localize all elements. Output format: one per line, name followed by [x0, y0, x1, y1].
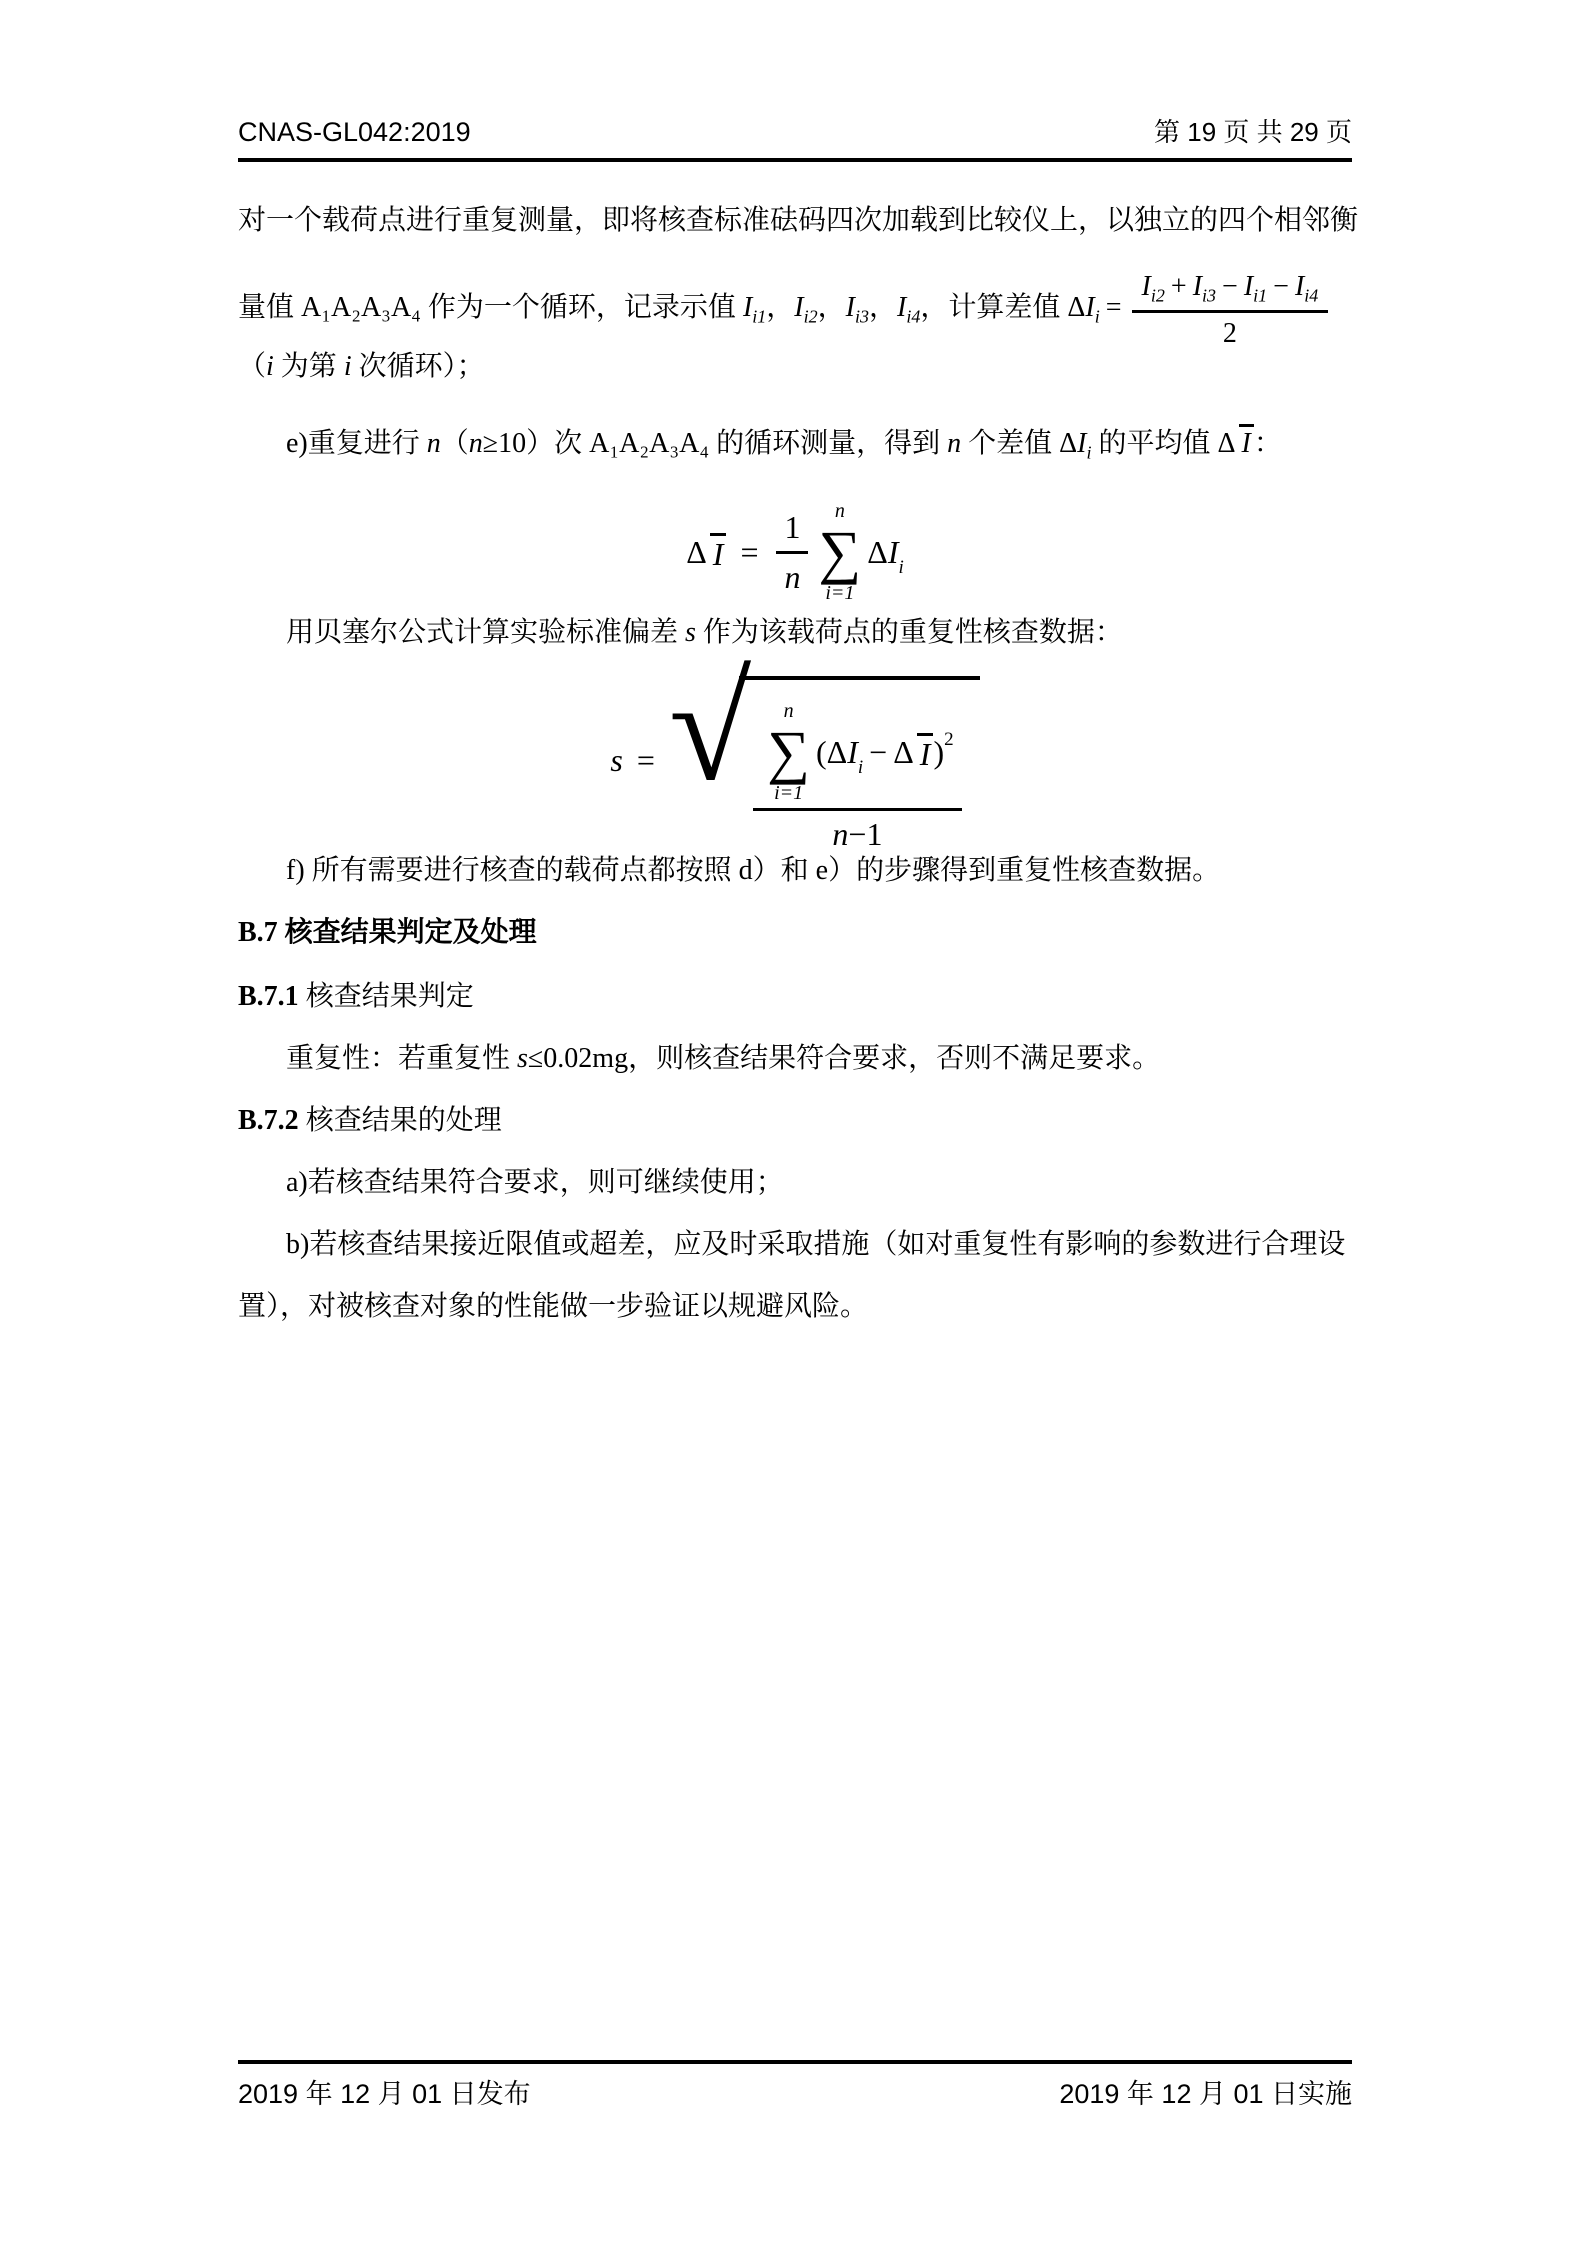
paragraph-intro-line2: 量值 A₁A₂A₃A₄ 作为一个循环，记录示值 Ii1，Ii2，Ii3，Ii4，…	[238, 256, 1332, 360]
math-var: I	[846, 292, 855, 323]
implement-date: 2019 年 12 月 01 日实施	[1059, 2072, 1352, 2111]
math-var: I	[1244, 271, 1253, 302]
math-var: n	[947, 428, 961, 459]
math-var: I	[743, 292, 752, 323]
heading-number: B.7.1	[238, 981, 299, 1012]
square-root: √ n ∑ i=1 (ΔIi−ΔI)2 n−1	[669, 666, 980, 853]
heading-text: 核查结果判定	[299, 981, 474, 1012]
formula-mean-deviation: ΔI = 1 n n ∑ i=1 ΔIi	[238, 486, 1352, 618]
radical-icon: √	[669, 662, 751, 797]
math-paren: )	[933, 733, 944, 771]
math-overbar: I	[1239, 424, 1254, 458]
formula-lhs: ΔI	[686, 533, 726, 572]
body-text: 对一个载荷点进行重复测量，即将核查标准砝码四次加载到比较仪上，以独立的四个相邻衡	[238, 205, 1358, 236]
formula-lhs: s	[610, 742, 622, 779]
heading-text: 核查结果的处理	[299, 1105, 502, 1136]
paragraph-repeatability: 重复性：若重复性 s≤0.02mg，则核查结果符合要求，否则不满足要求。	[286, 1040, 1160, 1078]
math-sup: 2	[944, 729, 954, 752]
math-var: i	[344, 351, 352, 382]
inline-fraction: Ii2+Ii3−Ii1−Ii42	[1132, 269, 1329, 351]
list-item-b-line1: b)若核查结果接近限值或超差，应及时采取措施（如对重复性有影响的参数进行合理设	[286, 1226, 1345, 1264]
math-op: +	[1171, 271, 1187, 302]
page-number-info: 第 19 页 共 29 页	[1154, 112, 1352, 149]
body-text: 置），对被核查对象的性能做一步验证以规避风险。	[238, 1291, 868, 1322]
math-sub: i3	[1202, 285, 1216, 305]
math-delta: Δ	[827, 733, 848, 771]
math-var: n	[469, 428, 483, 459]
sigma-icon: ∑	[818, 522, 861, 582]
math-sub: i1	[1253, 285, 1267, 305]
summation-symbol: n ∑ i=1	[767, 700, 810, 804]
body-text: （	[238, 351, 266, 382]
body-text: 次循环）；	[352, 351, 485, 382]
header-rule	[238, 158, 1352, 162]
math-sub: i2	[1151, 285, 1165, 305]
document-number: CNAS-GL042:2019	[238, 117, 471, 148]
math-var: n	[832, 815, 848, 853]
math-overbar: I	[917, 733, 934, 772]
math-delta: Δ	[867, 534, 888, 571]
math-sub: i	[1095, 307, 1100, 327]
math-var: I	[1193, 271, 1202, 302]
math-delta: Δ	[893, 733, 914, 771]
math-var: i	[266, 351, 274, 382]
math-delta: Δ	[1067, 292, 1085, 323]
summation-term: ΔIi	[867, 534, 904, 571]
math-overbar: I	[710, 533, 727, 572]
math-var: I	[713, 536, 724, 572]
body-text: ，	[869, 292, 897, 323]
heading-b71: B.7.1 核查结果判定	[238, 978, 474, 1016]
math-sub: i4	[1304, 285, 1318, 305]
math-var: n	[427, 428, 441, 459]
heading-number: B.7.2	[238, 1105, 299, 1136]
math-var: I	[1142, 271, 1151, 302]
body-text: ≤0.02mg，则核查结果符合要求，否则不满足要求。	[528, 1043, 1160, 1074]
body-text: a)若核查结果符合要求，则可继续使用；	[286, 1167, 784, 1198]
summation-lower-limit: i=1	[825, 582, 854, 604]
math-var: I	[1295, 271, 1304, 302]
heading-b7: B.7 核查结果判定及处理	[238, 914, 537, 952]
radicand: n ∑ i=1 (ΔIi−ΔI)2 n−1	[739, 676, 979, 853]
issue-date: 2019 年 12 月 01 日发布	[238, 2072, 531, 2111]
page-footer: 2019 年 12 月 01 日发布 2019 年 12 月 01 日实施	[238, 2072, 1352, 2111]
math-equals: =	[637, 742, 655, 779]
math-sub: i	[899, 557, 904, 579]
body-text: 个差值	[961, 428, 1059, 459]
math-var: I	[920, 736, 931, 772]
body-text: 用贝塞尔公式计算实验标准偏差	[286, 617, 685, 648]
fraction-numerator: 1	[776, 508, 808, 553]
fraction-numerator: Ii2+Ii3−Ii1−Ii4	[1132, 269, 1329, 313]
list-item-f: f) 所有需要进行核查的载荷点都按照 d）和 e）的步骤得到重复性核查数据。	[286, 852, 1220, 890]
paragraph-intro-line1: 对一个载荷点进行重复测量，即将核查标准砝码四次加载到比较仪上，以独立的四个相邻衡	[238, 202, 1358, 240]
math-var: I	[897, 292, 906, 323]
document-page: CNAS-GL042:2019 第 19 页 共 29 页 对一个载荷点进行重复…	[0, 0, 1587, 2245]
body-text: ，	[766, 292, 794, 323]
body-text: 为第	[274, 351, 344, 382]
heading-text: B.7 核查结果判定及处理	[238, 917, 537, 948]
heading-b72: B.7.2 核查结果的处理	[238, 1102, 502, 1140]
math-sub: i1	[752, 307, 766, 327]
footer-rule	[238, 2060, 1352, 2064]
summation-symbol: n ∑ i=1	[818, 500, 861, 604]
fraction-denominator: n−1	[832, 811, 882, 853]
math-sub: i2	[804, 307, 818, 327]
formula-standard-deviation: s = √ n ∑ i=1 (ΔIi−ΔI)2 n−1	[238, 664, 1352, 856]
math-var: s	[517, 1043, 528, 1074]
body-text: （	[441, 428, 469, 459]
list-item-b-line2: 置），对被核查对象的性能做一步验证以规避风险。	[238, 1288, 868, 1326]
math-paren: (	[816, 733, 827, 771]
math-delta: Δ	[1059, 428, 1077, 459]
summation-term: (ΔIi−ΔI)2	[816, 733, 954, 772]
math-var: I	[1242, 428, 1251, 459]
summation-lower-limit: i=1	[774, 782, 803, 804]
math-op: −	[869, 733, 887, 771]
page-header: CNAS-GL042:2019 第 19 页 共 29 页	[238, 112, 1352, 149]
body-text: f) 所有需要进行核查的载荷点都按照 d）和 e）的步骤得到重复性核查数据。	[286, 855, 1220, 886]
body-text: ，	[920, 292, 948, 323]
fraction-sum-over-n-minus-1: n ∑ i=1 (ΔIi−ΔI)2 n−1	[753, 700, 961, 853]
math-var: I	[847, 733, 858, 771]
math-var: s	[685, 617, 696, 648]
body-text: 计算差值	[948, 292, 1067, 323]
body-text: ，	[818, 292, 846, 323]
math-sub: i4	[906, 307, 920, 327]
body-text: 量值 A₁A₂A₃A₄ 作为一个循环，记录示值	[238, 292, 743, 323]
math-op: −	[1273, 271, 1289, 302]
math-var: I	[794, 292, 803, 323]
math-sub: i	[858, 757, 863, 780]
math-op: −1	[848, 815, 882, 853]
math-op: −	[1222, 271, 1238, 302]
math-var: I	[1085, 292, 1094, 323]
list-item-a: a)若核查结果符合要求，则可继续使用；	[286, 1164, 784, 1202]
fraction-numerator: n ∑ i=1 (ΔIi−ΔI)2	[753, 700, 961, 811]
math-sub: i3	[855, 307, 869, 327]
body-text: ：	[1254, 428, 1282, 459]
fraction-denominator: 2	[1223, 313, 1237, 351]
math-equals: =	[1106, 292, 1122, 323]
math-equals: =	[740, 534, 758, 571]
math-delta: Δ	[1217, 428, 1235, 459]
paragraph-intro-line3: （i 为第 i 次循环）；	[238, 348, 485, 386]
body-text: 重复性：若重复性	[286, 1043, 517, 1074]
math-var: I	[888, 534, 899, 571]
list-item-e: e)重复进行 n（n≥10）次 A₁A₂A₃A₄ 的循环测量，得到 n 个差值 …	[286, 424, 1282, 472]
fraction-one-over-n: 1 n	[776, 508, 808, 596]
body-text: ≥10）次 A₁A₂A₃A₄ 的循环测量，得到	[483, 428, 947, 459]
body-text: 作为该载荷点的重复性核查数据：	[696, 617, 1123, 648]
fraction-denominator: n	[784, 554, 800, 596]
sigma-icon: ∑	[767, 722, 810, 782]
body-text: 的平均值	[1091, 428, 1217, 459]
math-delta: Δ	[686, 534, 707, 571]
body-text: e)重复进行	[286, 428, 427, 459]
body-text: b)若核查结果接近限值或超差，应及时采取措施（如对重复性有影响的参数进行合理设	[286, 1229, 1345, 1260]
